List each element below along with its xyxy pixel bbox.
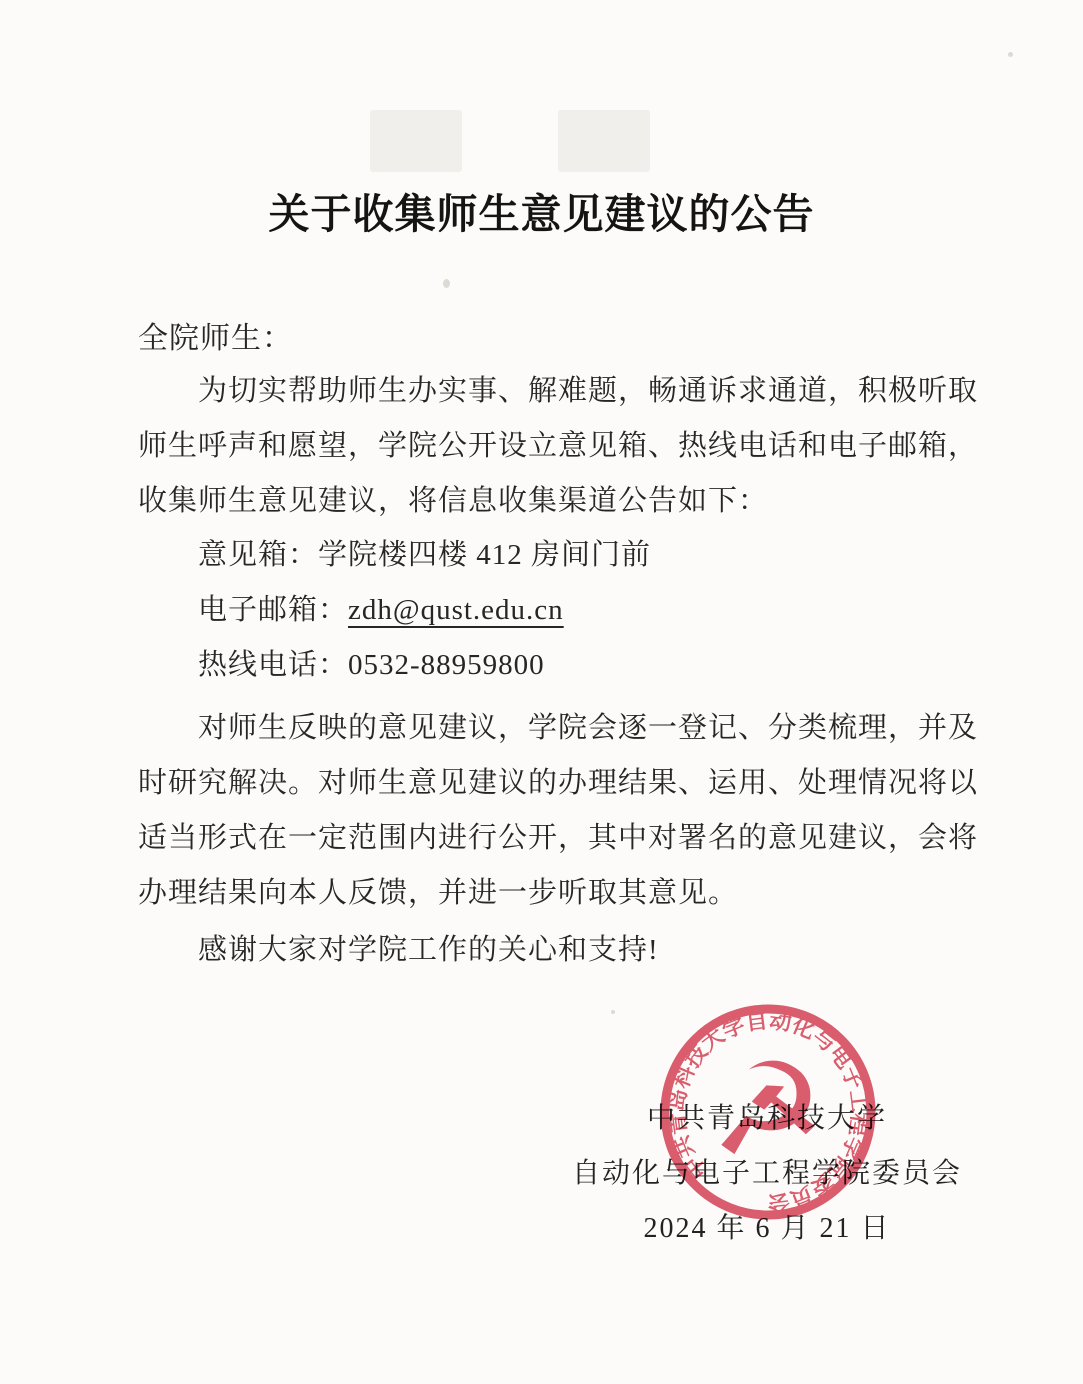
signature-block: 中共青岛科技大学 自动化与电子工程学院委员会 2024 年 6 月 21 日 [562,1091,972,1256]
paragraph-line: 师生呼声和愿望，学院公开设立意见箱、热线电话和电子邮箱， [138,419,978,474]
email-address: zdh@qust.edu.cn [348,594,564,626]
paragraph-line: 适当形式在一定范围内进行公开，其中对署名的意见建议，会将 [138,811,978,866]
signature-org-line1: 中共青岛科技大学 [562,1091,972,1146]
paragraph-line: 对师生反映的意见建议，学院会逐一登记、分类梳理，并及 [138,701,978,756]
suggestion-box-line: 意见箱：学院楼四楼 412 房间门前 [138,528,651,583]
paragraph-line: 办理结果向本人反馈，并进一步听取其意见。 [138,866,978,921]
contact-channels: 意见箱：学院楼四楼 412 房间门前 电子邮箱：zdh@qust.edu.cn … [138,528,651,693]
salutation: 全院师生： [138,311,293,366]
hotline-number: 0532-88959800 [348,649,545,681]
signature-org-line2: 自动化与电子工程学院委员会 [562,1146,972,1201]
paragraph-1: 为切实帮助师生办实事、解难题，畅通诉求通道，积极听取 师生呼声和愿望，学院公开设… [138,364,978,529]
paragraph-line: 时研究解决。对师生意见建议的办理结果、运用、处理情况将以 [138,756,978,811]
announcement-title: 关于收集师生意见建议的公告 [0,181,1083,240]
scan-speck [1008,52,1013,57]
scan-smudge [370,110,462,172]
scanned-announcement-page: 关于收集师生意见建议的公告 全院师生： 为切实帮助师生办实事、解难题，畅通诉求通… [0,0,1083,1384]
email-line: 电子邮箱：zdh@qust.edu.cn [138,583,651,638]
scan-smudge [558,110,650,172]
scan-speck [611,1010,615,1014]
email-label: 电子邮箱： [198,594,348,626]
scan-speck [443,279,450,288]
paragraph-2: 对师生反映的意见建议，学院会逐一登记、分类梳理，并及 时研究解决。对师生意见建议… [138,701,978,921]
hotline-line: 热线电话：0532-88959800 [138,638,651,693]
paragraph-line: 为切实帮助师生办实事、解难题，畅通诉求通道，积极听取 [138,364,978,419]
thanks-line: 感谢大家对学院工作的关心和支持! [138,923,659,978]
signature-date: 2024 年 6 月 21 日 [562,1201,972,1256]
paragraph-line: 收集师生意见建议，将信息收集渠道公告如下： [138,474,978,529]
hotline-label: 热线电话： [198,649,348,681]
